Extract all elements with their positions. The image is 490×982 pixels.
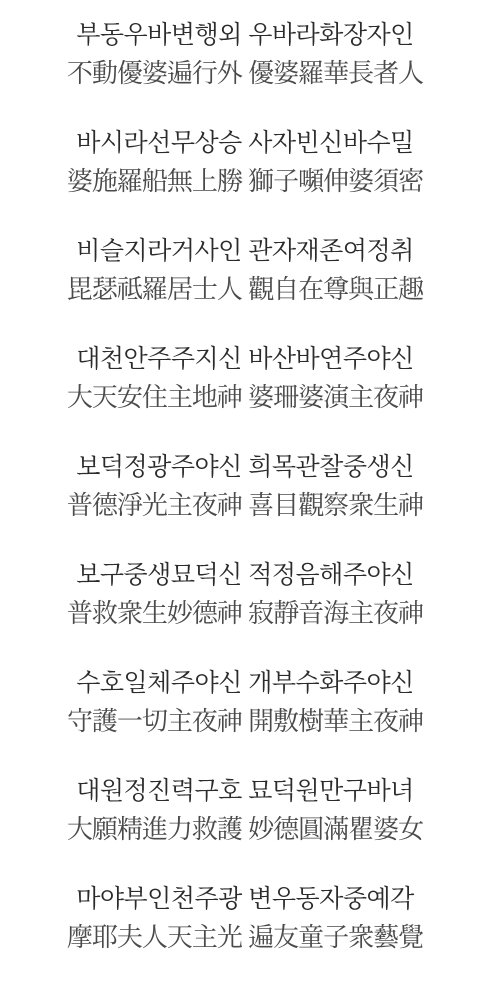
stanza-hanja-line: 大天安住主地神 婆珊婆演主夜神: [0, 378, 490, 416]
stanza-hanja-line: 婆施羅船無上勝 獅子嚬伸婆須密: [0, 162, 490, 200]
stanza: 마야부인천주광 변우동자중예각 摩耶夫人天主光 遍友童子衆藝覺: [0, 880, 490, 956]
stanza-hangul-line: 보덕정광주야신 희목관찰중생신: [0, 448, 490, 486]
stanza-hangul-line: 대천안주주지신 바산바연주야신: [0, 340, 490, 378]
stanza-hanja-line: 摩耶夫人天主光 遍友童子衆藝覺: [0, 918, 490, 956]
stanza-hangul-line: 대원정진력구호 묘덕원만구바녀: [0, 772, 490, 810]
stanza-hanja-line: 大願精進力救護 妙德圓滿瞿婆女: [0, 810, 490, 848]
stanza-hangul-line: 보구중생묘덕신 적정음해주야신: [0, 556, 490, 594]
stanza: 바시라선무상승 사자빈신바수밀 婆施羅船無上勝 獅子嚬伸婆須密: [0, 124, 490, 200]
stanza: 대원정진력구호 묘덕원만구바녀 大願精進力救護 妙德圓滿瞿婆女: [0, 772, 490, 848]
stanza: 보구중생묘덕신 적정음해주야신 普救衆生妙德神 寂靜音海主夜神: [0, 556, 490, 632]
stanza-hangul-line: 부동우바변행외 우바라화장자인: [0, 16, 490, 54]
stanza-hanja-line: 普德淨光主夜神 喜目觀察衆生神: [0, 486, 490, 524]
stanza: 보덕정광주야신 희목관찰중생신 普德淨光主夜神 喜目觀察衆生神: [0, 448, 490, 524]
stanza-hangul-line: 마야부인천주광 변우동자중예각: [0, 880, 490, 918]
stanza: 비슬지라거사인 관자재존여정취 毘瑟祗羅居士人 觀自在尊與正趣: [0, 232, 490, 308]
stanza: 대천안주주지신 바산바연주야신 大天安住主地神 婆珊婆演主夜神: [0, 340, 490, 416]
sutra-text-page: 부동우바변행외 우바라화장자인 不動優婆遍行外 優婆羅華長者人 바시라선무상승 …: [0, 0, 490, 982]
stanza-hangul-line: 비슬지라거사인 관자재존여정취: [0, 232, 490, 270]
stanza: 수호일체주야신 개부수화주야신 守護一切主夜神 開敷樹華主夜神: [0, 664, 490, 740]
stanza-hangul-line: 수호일체주야신 개부수화주야신: [0, 664, 490, 702]
stanza-hanja-line: 不動優婆遍行外 優婆羅華長者人: [0, 54, 490, 92]
stanza-hanja-line: 毘瑟祗羅居士人 觀自在尊與正趣: [0, 270, 490, 308]
stanza-hanja-line: 普救衆生妙德神 寂靜音海主夜神: [0, 594, 490, 632]
stanza: 부동우바변행외 우바라화장자인 不動優婆遍行外 優婆羅華長者人: [0, 16, 490, 92]
stanza-hanja-line: 守護一切主夜神 開敷樹華主夜神: [0, 702, 490, 740]
stanza-hangul-line: 바시라선무상승 사자빈신바수밀: [0, 124, 490, 162]
